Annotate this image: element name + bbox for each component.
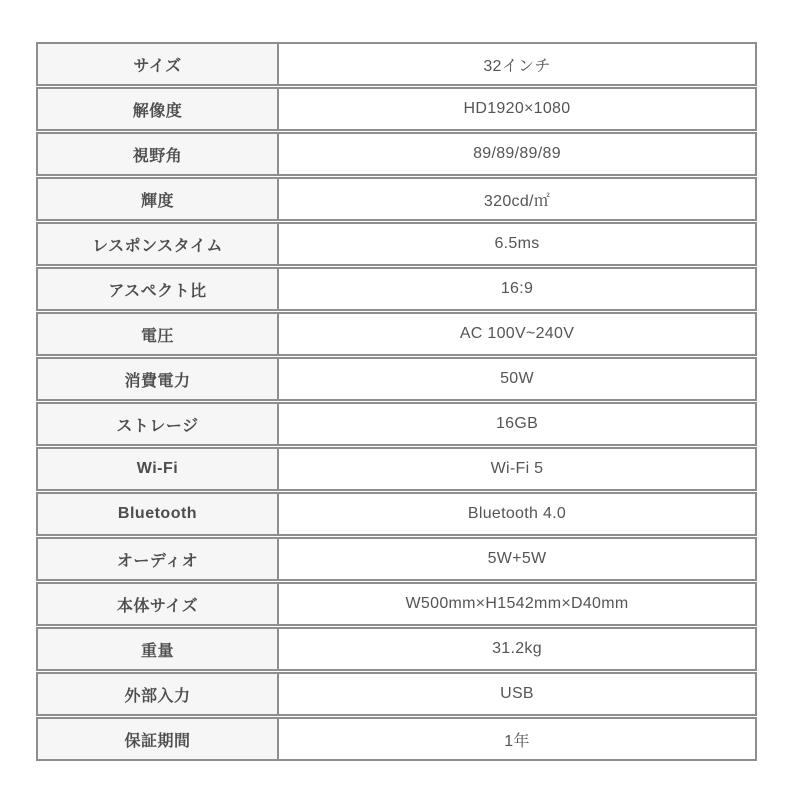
spec-label: 輝度 bbox=[38, 179, 279, 219]
spec-value: 32インチ bbox=[279, 44, 755, 84]
table-row: 本体サイズ W500mm×H1542mm×D40mm bbox=[36, 582, 757, 626]
spec-value: 6.5ms bbox=[279, 224, 755, 264]
spec-label: サイズ bbox=[38, 44, 279, 84]
spec-label: 重量 bbox=[38, 629, 279, 669]
table-row: サイズ 32インチ bbox=[36, 42, 757, 86]
table-row: 解像度 HD1920×1080 bbox=[36, 87, 757, 131]
spec-label: Bluetooth bbox=[38, 494, 279, 534]
table-row: 電圧 AC 100V~240V bbox=[36, 312, 757, 356]
spec-value: HD1920×1080 bbox=[279, 89, 755, 129]
spec-value: 320cd/㎡ bbox=[279, 179, 755, 219]
spec-label: 視野角 bbox=[38, 134, 279, 174]
spec-value: 16GB bbox=[279, 404, 755, 444]
spec-value: 50W bbox=[279, 359, 755, 399]
spec-label: アスペクト比 bbox=[38, 269, 279, 309]
table-row: 外部入力 USB bbox=[36, 672, 757, 716]
table-row: ストレージ 16GB bbox=[36, 402, 757, 446]
spec-label: ストレージ bbox=[38, 404, 279, 444]
spec-value: 5W+5W bbox=[279, 539, 755, 579]
spec-value: 16:9 bbox=[279, 269, 755, 309]
table-row: 輝度 320cd/㎡ bbox=[36, 177, 757, 221]
table-row: オーディオ 5W+5W bbox=[36, 537, 757, 581]
product-spec-table: サイズ 32インチ 解像度 HD1920×1080 視野角 89/89/89/8… bbox=[36, 42, 757, 762]
spec-label: レスポンスタイム bbox=[38, 224, 279, 264]
table-row: 重量 31.2kg bbox=[36, 627, 757, 671]
spec-value: 31.2kg bbox=[279, 629, 755, 669]
spec-value: 89/89/89/89 bbox=[279, 134, 755, 174]
spec-label: 解像度 bbox=[38, 89, 279, 129]
spec-value: AC 100V~240V bbox=[279, 314, 755, 354]
spec-label: 電圧 bbox=[38, 314, 279, 354]
spec-value: 1年 bbox=[279, 719, 755, 759]
spec-label: 外部入力 bbox=[38, 674, 279, 714]
table-row: Wi-Fi Wi-Fi 5 bbox=[36, 447, 757, 491]
table-row: アスペクト比 16:9 bbox=[36, 267, 757, 311]
table-row: 保証期間 1年 bbox=[36, 717, 757, 761]
spec-value: Wi-Fi 5 bbox=[279, 449, 755, 489]
spec-value: W500mm×H1542mm×D40mm bbox=[279, 584, 755, 624]
table-row: レスポンスタイム 6.5ms bbox=[36, 222, 757, 266]
spec-label: Wi-Fi bbox=[38, 449, 279, 489]
table-row: 消費電力 50W bbox=[36, 357, 757, 401]
spec-value: Bluetooth 4.0 bbox=[279, 494, 755, 534]
spec-label: 保証期間 bbox=[38, 719, 279, 759]
spec-label: オーディオ bbox=[38, 539, 279, 579]
table-row: Bluetooth Bluetooth 4.0 bbox=[36, 492, 757, 536]
spec-label: 消費電力 bbox=[38, 359, 279, 399]
spec-value: USB bbox=[279, 674, 755, 714]
spec-label: 本体サイズ bbox=[38, 584, 279, 624]
table-row: 視野角 89/89/89/89 bbox=[36, 132, 757, 176]
